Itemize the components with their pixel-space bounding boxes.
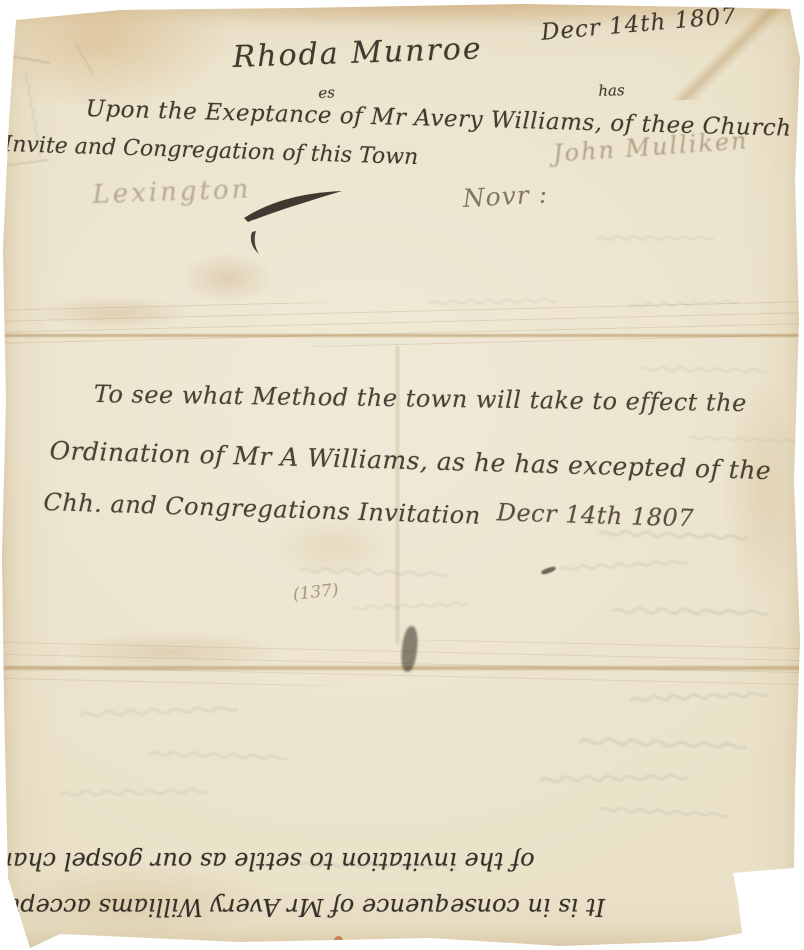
superscript-insert: es: [318, 83, 335, 102]
ink-blot: [251, 231, 259, 254]
body-line: Chh. and Congregations InvitationDecr 14…: [43, 488, 694, 536]
body-line: Ordination of Mr A Williams, as he has e…: [49, 436, 771, 485]
ink-flourish: [238, 186, 358, 266]
body-date: Decr 14th 1807: [496, 498, 694, 532]
stain: [180, 252, 275, 304]
fold-crease: [0, 638, 804, 688]
ink-smudge: [400, 625, 420, 672]
inverted-handwriting-block: It is in consequence of Mr Avery William…: [0, 836, 622, 930]
invite-line: Invite and Congregation of this Town: [3, 132, 418, 170]
pencil-page-number: (137): [292, 580, 340, 605]
document-page: Rhoda Munroe Decr 14th 1807 es has Upon …: [0, 0, 804, 950]
month-annotation: Novr :: [462, 180, 549, 213]
fold-crease: [0, 299, 804, 349]
document-heading: Rhoda Munroe: [232, 31, 483, 75]
ink-speck: [541, 566, 557, 576]
stain: [60, 632, 280, 672]
wax-spot: [334, 936, 343, 945]
fold-crease-line: [0, 334, 804, 337]
body-line-text: Chh. and Congregations Invitation: [43, 488, 481, 530]
inverted-line: It is in consequence of Mr Avery William…: [0, 884, 622, 930]
fold-crease-line: [0, 666, 804, 670]
stain: [0, 0, 230, 110]
scan-background: Rhoda Munroe Decr 14th 1807 es has Upon …: [0, 0, 804, 950]
superscript-insert: has: [598, 81, 625, 100]
stain: [40, 296, 190, 330]
inverted-line: of the invitation to settle as our gospe…: [0, 838, 622, 884]
body-line: To see what Method the town will take to…: [94, 380, 747, 417]
faint-place-name: Lexington: [92, 174, 252, 210]
